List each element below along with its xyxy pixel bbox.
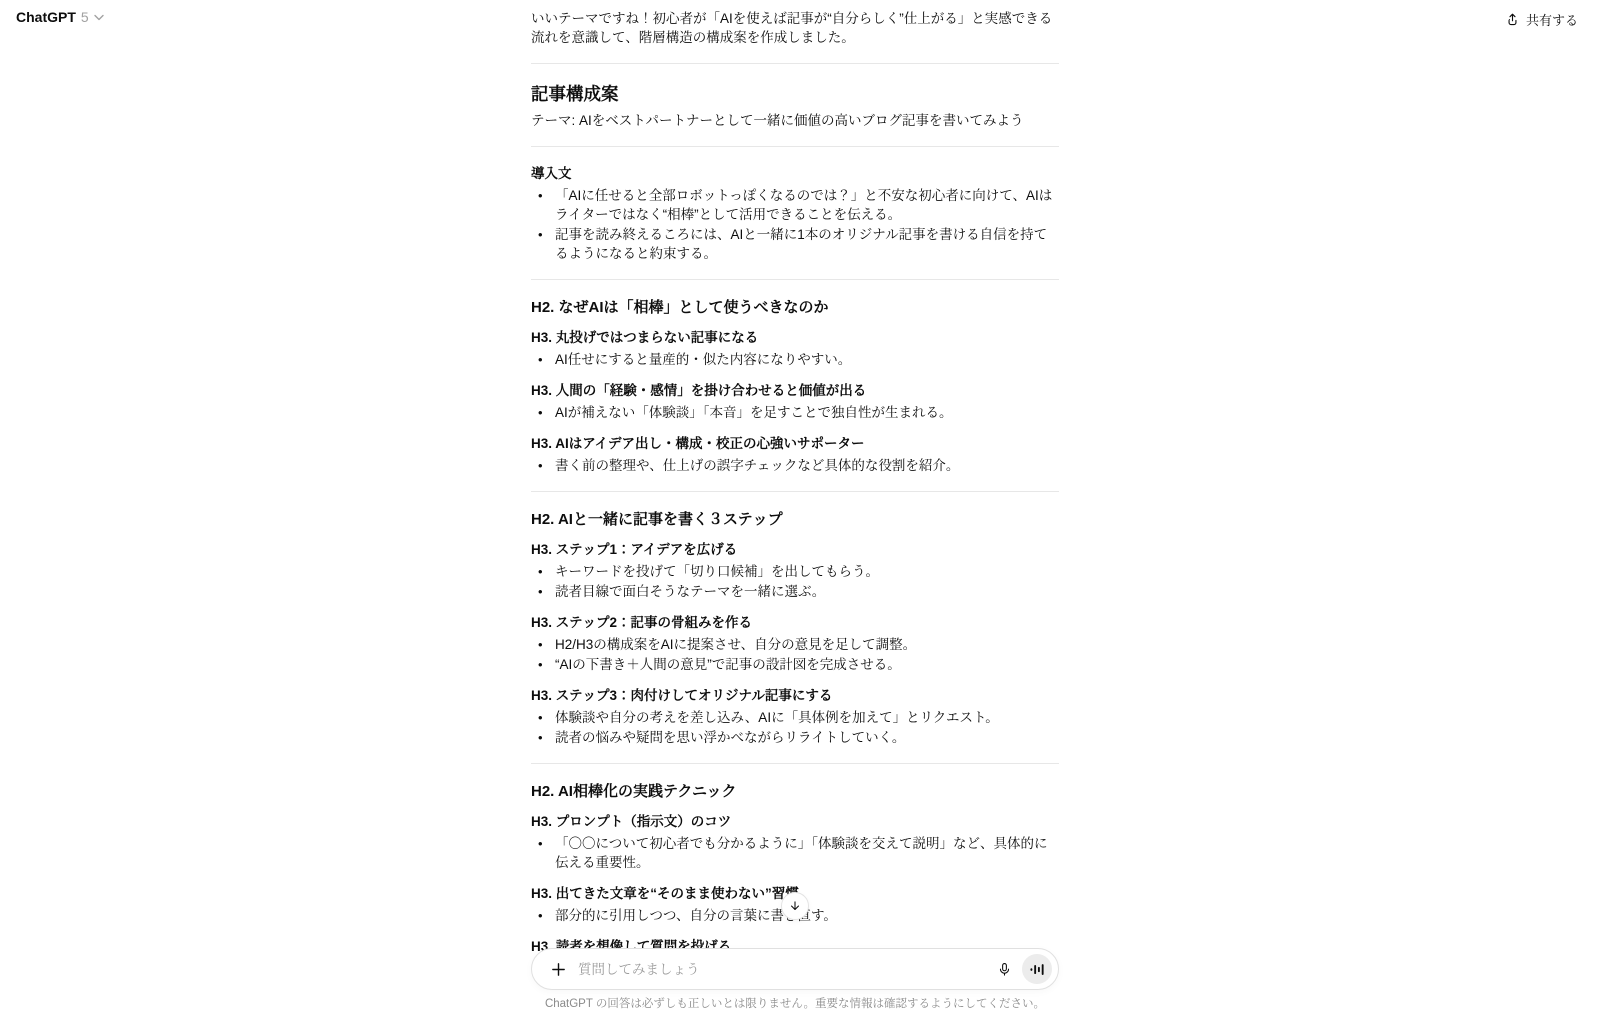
subsection-heading-h3: H3. ステップ2：記事の骨組みを作る [531, 613, 1059, 632]
bullet-item: AIが補えない「体験談」「本音」を足すことで独自性が生まれる。 [537, 403, 1059, 422]
bullet-list: 「AIに任せると全部ロボットっぽくなるのでは？」と不安な初心者に向けて、AIはラ… [531, 186, 1059, 263]
share-button-label: 共有する [1526, 10, 1578, 29]
plus-icon [550, 961, 567, 978]
bullet-item: 読者の悩みや疑問を思い浮かべながらリライトしていく。 [537, 728, 1059, 747]
divider [531, 279, 1059, 280]
block-heading: 導入文 [531, 164, 1059, 183]
divider [531, 63, 1059, 64]
bullet-list: 「〇〇について初心者でも分かるように」「体験談を交えて説明」など、具体的に伝える… [531, 834, 1059, 872]
chevron-down-icon [94, 14, 104, 21]
microphone-icon [997, 960, 1012, 979]
arrow-down-icon [788, 899, 802, 913]
bullet-item: 書く前の整理や、仕上げの誤字チェックなど具体的な役割を紹介。 [537, 456, 1059, 475]
subsection-heading-h3: H3. ステップ3：肉付けしてオリジナル記事にする [531, 686, 1059, 705]
bullet-item: 読者目線で面白そうなテーマを一緒に選ぶ。 [537, 582, 1059, 601]
disclaimer-text: ChatGPT の回答は必ずしも正しいとは限りません。重要な情報は確認するように… [0, 995, 1590, 1009]
top-bar: ChatGPT 5 共有する [0, 0, 1600, 40]
model-version-label: 5 [81, 8, 89, 26]
voice-mode-button[interactable] [1022, 954, 1052, 984]
subsection-heading-h3: H3. 人間の「経験・感情」を掛け合わせると価値が出る [531, 381, 1059, 400]
subsection-heading-h3: H3. AIはアイデア出し・構成・校正の心強いサポーター [531, 434, 1059, 453]
bullet-list: H2/H3の構成案をAIに提案させ、自分の意見を足して調整。“AIの下書き＋人間… [531, 635, 1059, 674]
share-icon [1505, 12, 1520, 27]
subsection-heading-h3: H3. ステップ1：アイデアを広げる [531, 540, 1059, 559]
section-heading-h2: H2. AI相棒化の実践テクニック [531, 782, 1059, 802]
brand-label: ChatGPT [16, 8, 76, 26]
section-heading-h2: H2. なぜAIは「相棒」として使うべきなのか [531, 298, 1059, 318]
bullet-item: 体験談や自分の考えを差し込み、AIに「具体例を加えて」とリクエスト。 [537, 708, 1059, 727]
divider [531, 763, 1059, 764]
subsection-heading-h3: H3. 丸投げではつまらない記事になる [531, 328, 1059, 347]
share-button[interactable]: 共有する [1499, 6, 1584, 33]
bullet-item: 「〇〇について初心者でも分かるように」「体験談を交えて説明」など、具体的に伝える… [537, 834, 1059, 872]
divider [531, 491, 1059, 492]
message-input[interactable] [578, 962, 990, 977]
document-title: 記事構成案 [531, 83, 1059, 106]
scroll-to-bottom-button[interactable] [781, 892, 809, 920]
bullet-item: AI任せにすると量産的・似た内容になりやすい。 [537, 350, 1059, 369]
bullet-list: AIが補えない「体験談」「本音」を足すことで独自性が生まれる。 [531, 403, 1059, 422]
attach-button[interactable] [544, 955, 572, 983]
bullet-item: 記事を読み終えるころには、AIと一緒に1本のオリジナル記事を書ける自信を持てるよ… [537, 225, 1059, 263]
bullet-list: 体験談や自分の考えを差し込み、AIに「具体例を加えて」とリクエスト。読者の悩みや… [531, 708, 1059, 747]
message-paragraph: テーマ: AIをベストパートナーとして一緒に価値の高いブログ記事を書いてみよう [531, 111, 1059, 130]
subsection-heading-h3: H3. プロンプト（指示文）のコツ [531, 812, 1059, 831]
voice-waveform-icon [1030, 962, 1045, 977]
bullet-list: キーワードを投げて「切り口候補」を出してもらう。読者目線で面白そうなテーマを一緒… [531, 562, 1059, 601]
bullet-item: “AIの下書き＋人間の意見”で記事の設計図を完成させる。 [537, 655, 1059, 674]
assistant-message: いいテーマですね！初心者が「AIを使えば記事が“自分らしく”仕上がる」と実感でき… [531, 0, 1059, 979]
section-heading-h2: H2. AIと一緒に記事を書く３ステップ [531, 510, 1059, 530]
model-selector[interactable]: ChatGPT 5 [12, 6, 108, 28]
bullet-item: キーワードを投げて「切り口候補」を出してもらう。 [537, 562, 1059, 581]
composer [531, 948, 1059, 990]
dictate-button[interactable] [990, 955, 1018, 983]
bullet-item: 「AIに任せると全部ロボットっぽくなるのでは？」と不安な初心者に向けて、AIはラ… [537, 186, 1059, 224]
bullet-list: AI任せにすると量産的・似た内容になりやすい。 [531, 350, 1059, 369]
divider [531, 146, 1059, 147]
bullet-list: 書く前の整理や、仕上げの誤字チェックなど具体的な役割を紹介。 [531, 456, 1059, 475]
bullet-item: H2/H3の構成案をAIに提案させ、自分の意見を足して調整。 [537, 635, 1059, 654]
